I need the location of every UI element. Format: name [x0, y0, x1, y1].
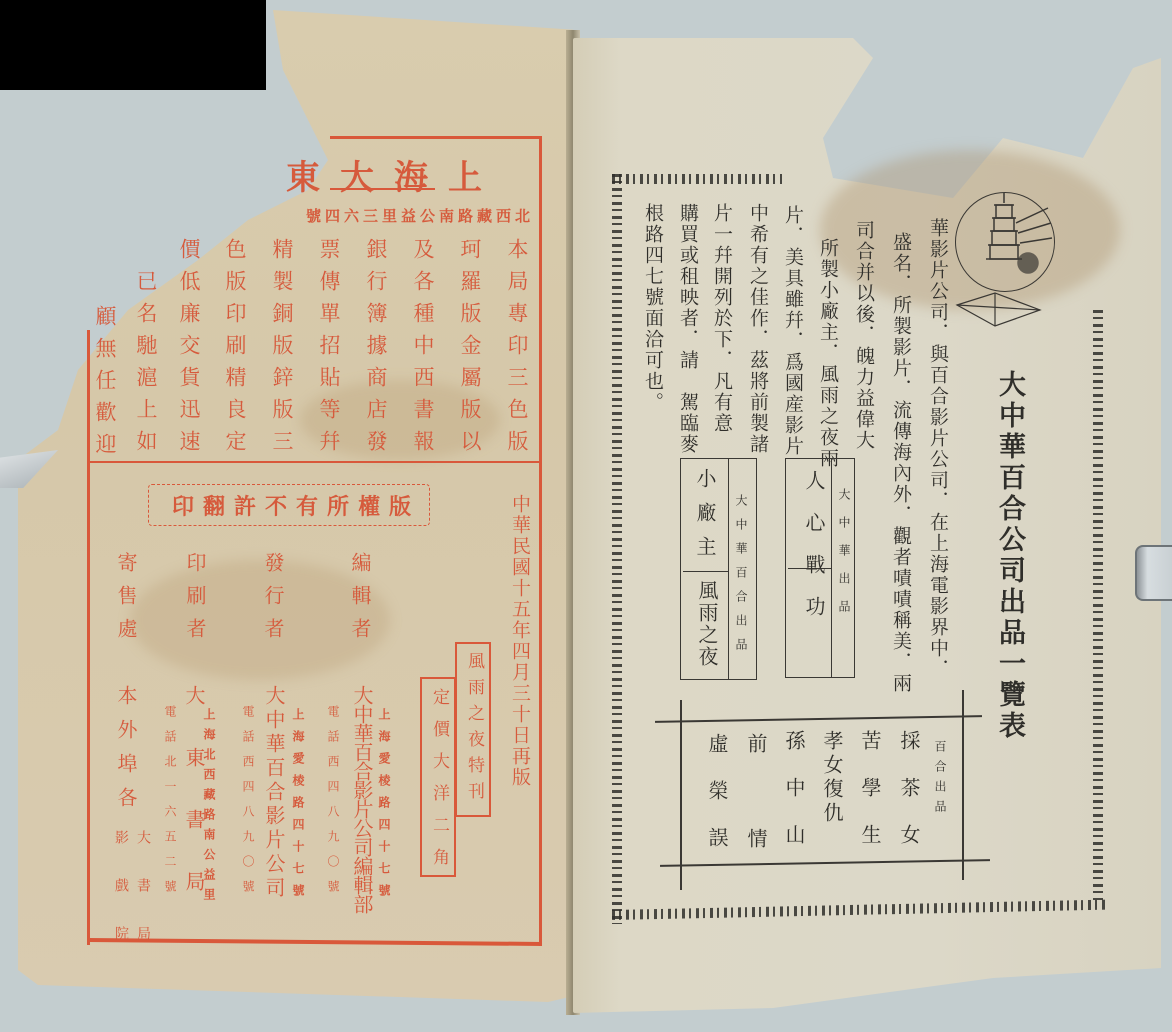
printer-title: 上海大東 [286, 150, 502, 199]
film-title: 小廠主 [691, 468, 720, 570]
advert-column: 已名馳滬上如 [131, 270, 161, 462]
red-frame-top [330, 136, 540, 139]
special-issue-title: 風雨之夜特刊 [462, 652, 487, 808]
editor-phone: 電話西四八九〇號 [325, 705, 342, 905]
advert-column: 精製銅版鋅版三 [267, 238, 297, 462]
ornamental-border-right [1093, 310, 1103, 900]
advert-column: 珂羅版金屬版以 [455, 238, 485, 462]
film-title: 風雨之夜 [693, 580, 722, 668]
role-publisher-label: 發行者 [259, 552, 288, 651]
intro-column: 所製小廠主．風雨之夜兩 [815, 238, 842, 469]
intro-column: 中希有之佳作．茲將前製諸 [745, 203, 772, 455]
baihe-box-right [962, 690, 964, 880]
role-seller-label: 寄售處 [112, 552, 141, 651]
film-title: 採茶女 [895, 730, 924, 871]
intro-column: 片．美具雖幷．爲國産影片 [780, 205, 807, 457]
editor-name: 大中華百合影片公司編輯部 [348, 685, 377, 913]
seller-cinemas: 影戲院 [111, 830, 131, 974]
pagoda-logo-icon [955, 192, 1055, 292]
intro-column: 片一幷開列於下．凡有意 [709, 203, 736, 434]
role-editor-label: 編輯者 [346, 552, 375, 651]
publisher-name: 大中華百合影片公司 [260, 685, 289, 901]
advert-column: 價低廉交貨迅速 [174, 238, 204, 462]
film-title: 孝女復仇 [818, 730, 847, 826]
publication-date: 中華民國十五年四月三十日再版 [507, 494, 534, 788]
printer-address: 北西藏路南公益里三六四號 [306, 205, 534, 226]
dachinghua-label: 大中華出品 [836, 488, 853, 628]
advert-column: 色版印刷精良定 [220, 238, 250, 462]
film-title: 前情 [742, 733, 771, 923]
intro-column: 華影片公司．與百合影片公司．在上海電影界中． [925, 218, 952, 680]
role-printer-label: 印刷者 [181, 552, 210, 651]
advert-column: 及各種中西書報 [408, 238, 438, 462]
advert-column: 銀行簿據商店發 [361, 238, 391, 462]
publisher-address: 上海愛棱路四十七號 [290, 708, 307, 906]
advert-column: 顧無任歡迎 [90, 305, 120, 465]
editor-address: 上海愛棱路四十七號 [376, 708, 393, 906]
intro-column: 根路四七號面洽可也。 [640, 203, 667, 413]
intro-column: 盛名．所製影片．流傳海內外．觀者嘖嘖稱美．兩 [888, 232, 915, 694]
seller-name: 本外埠各 [112, 685, 141, 821]
intro-column: 司合并以後．魄力益偉大 [851, 220, 878, 451]
red-frame-right [539, 136, 542, 946]
film-title: 孫中山 [780, 730, 809, 871]
ornamental-border-left [612, 174, 622, 924]
advert-column: 票傳單招貼等幷 [314, 238, 344, 462]
ornamental-border-top [612, 174, 782, 184]
printer-phone: 電話北一六五二號 [162, 705, 179, 905]
intro-column: 購買或租映者．請 駕臨麥 [675, 203, 702, 455]
price-text: 定價大洋二角 [427, 688, 452, 880]
film-title: 苦學生 [856, 730, 885, 871]
printer-name: 大東書局 [180, 685, 209, 933]
page-title: 大中華百合公司出品一覽表 [990, 370, 1029, 742]
binder-clip [1135, 545, 1172, 601]
redaction-block [0, 0, 266, 90]
baihe-box-left [680, 700, 682, 890]
film-title: 虛榮誤 [703, 733, 732, 874]
copyright-notice: 版權所有不許翻印 [160, 490, 420, 521]
seller-bookstores: 大書局 [133, 830, 153, 974]
film-title: 人心戰功 [800, 470, 829, 638]
baihe-label: 百合出品 [932, 740, 949, 820]
kite-logo-icon [955, 290, 1045, 330]
publisher-phone: 電話西四八九〇號 [240, 705, 257, 905]
combined-label: 大中華百合出品 [733, 494, 750, 662]
advert-column: 本局專印三色版 [502, 238, 532, 462]
